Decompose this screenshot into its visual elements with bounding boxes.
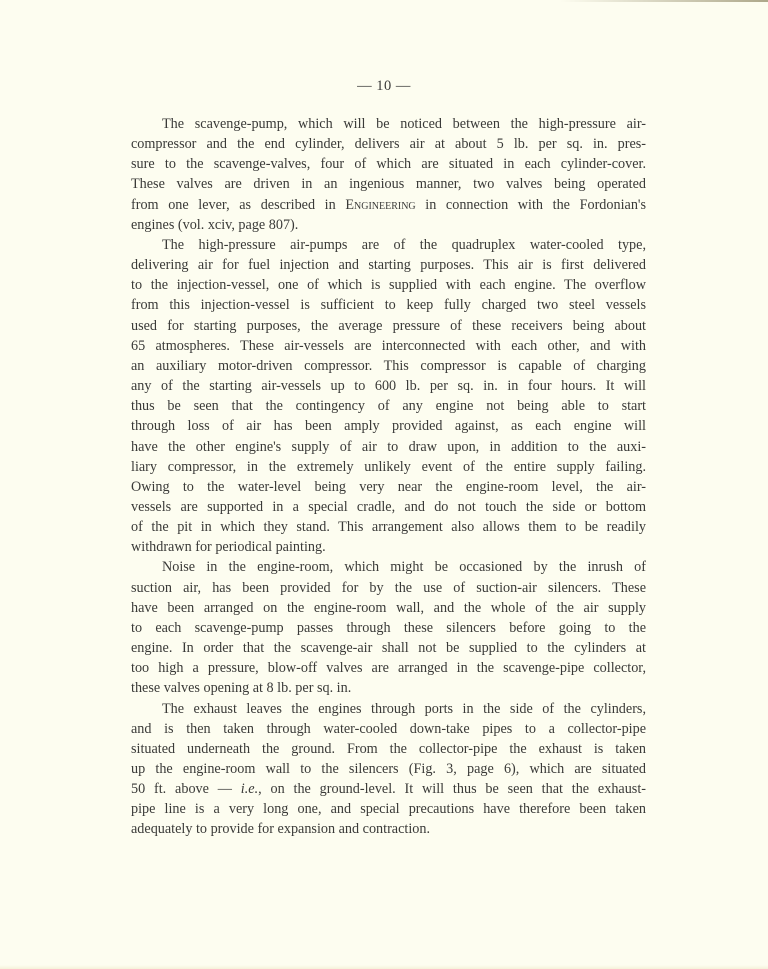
- text-line: these valves opening at 8 lb. per sq. in…: [131, 678, 646, 698]
- text-line: and is then taken through water-cooled d…: [131, 719, 646, 739]
- text-line: withdrawn for periodical painting.: [131, 537, 646, 557]
- text-line: situated underneath the ground. From the…: [131, 739, 646, 759]
- text-line: Owing to the water-level being very near…: [131, 477, 646, 497]
- text-line: delivering air for fuel injection and st…: [131, 255, 646, 275]
- text-line: to each scavenge-pump passes through the…: [131, 618, 646, 638]
- text-line: 65 atmospheres. These air-vessels are in…: [131, 336, 646, 356]
- text-line: thus be seen that the contingency of any…: [131, 396, 646, 416]
- text-line: of the pit in which they stand. This arr…: [131, 517, 646, 537]
- text-line: any of the starting air-vessels up to 60…: [131, 376, 646, 396]
- text-line: from one lever, as described in Engineer…: [131, 195, 646, 215]
- text-line: sure to the scavenge-valves, four of whi…: [131, 154, 646, 174]
- text-line: compressor and the end cylinder, deliver…: [131, 134, 646, 154]
- text-line: vessels are supported in a special cradl…: [131, 497, 646, 517]
- text-line: These valves are driven in an ingenious …: [131, 174, 646, 194]
- text-line: pipe line is a very long one, and specia…: [131, 799, 646, 819]
- scan-edge-shadow: [560, 0, 768, 2]
- text-line: to the injection-vessel, one of which is…: [131, 275, 646, 295]
- text-line: have been arranged on the engine-room wa…: [131, 598, 646, 618]
- text-line: 50 ft. above — i.e., on the ground-level…: [131, 779, 646, 799]
- text-line: The scavenge-pump, which will be noticed…: [131, 114, 646, 134]
- paragraph-noise-silencers: Noise in the engine-room, which might be…: [131, 557, 646, 698]
- text-line: Noise in the engine-room, which might be…: [131, 557, 646, 577]
- text-line: adequately to provide for expansion and …: [131, 819, 646, 839]
- text-line: from this injection-vessel is sufficient…: [131, 295, 646, 315]
- text-line: an auxiliary motor-driven compressor. Th…: [131, 356, 646, 376]
- text-line: engines (vol. xciv, page 807).: [131, 215, 646, 235]
- paragraph-scavenge-pump: The scavenge-pump, which will be noticed…: [131, 114, 646, 235]
- text-line: suction air, has been provided for by th…: [131, 578, 646, 598]
- text-line: have the other engine's supply of air to…: [131, 437, 646, 457]
- paragraph-air-pumps: The high-pressure air-pumps are of the q…: [131, 235, 646, 558]
- scan-edge-bottom: [0, 965, 768, 969]
- text-line: The exhaust leaves the engines through p…: [131, 699, 646, 719]
- page-number: — 10 —: [0, 78, 768, 95]
- body-text: The scavenge-pump, which will be noticed…: [131, 114, 646, 840]
- text-line: through loss of air has been amply provi…: [131, 416, 646, 436]
- text-line: The high-pressure air-pumps are of the q…: [131, 235, 646, 255]
- text-line: too high a pressure, blow-off valves are…: [131, 658, 646, 678]
- text-line: used for starting purposes, the average …: [131, 316, 646, 336]
- text-line: liary compressor, in the extremely unlik…: [131, 457, 646, 477]
- text-line: engine. In order that the scavenge-air s…: [131, 638, 646, 658]
- text-line: up the engine-room wall to the silencers…: [131, 759, 646, 779]
- paragraph-exhaust: The exhaust leaves the engines through p…: [131, 699, 646, 840]
